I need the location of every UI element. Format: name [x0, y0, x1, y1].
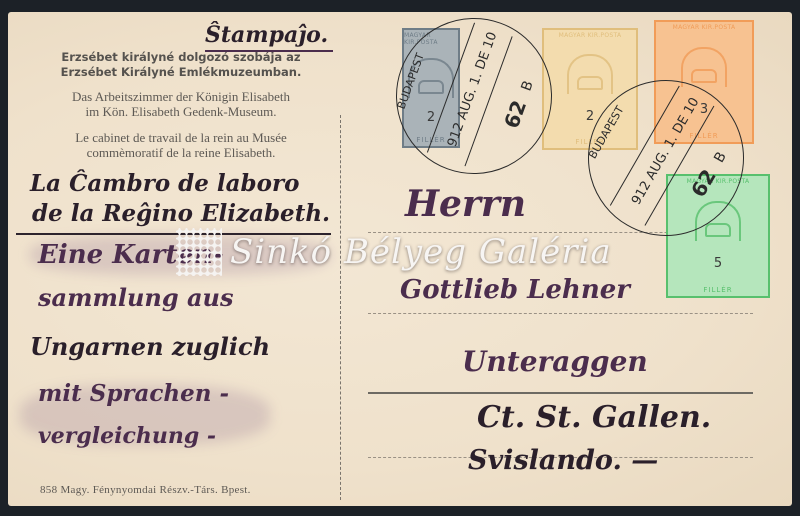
caption-line: Das Arbeitszimmer der Königin Elisabeth	[22, 89, 340, 104]
stamp-logo-icon	[176, 228, 222, 276]
caption-line: commèmoratif de la reine Elisabeth.	[22, 145, 340, 160]
message-line: mit Sprachen -	[38, 380, 229, 407]
address-line	[368, 392, 753, 394]
caption-french: Le cabinet de travail de la rein au Musé…	[22, 130, 340, 160]
caption-line: Erzsébet Királyné Emlékmuzeumban.	[22, 65, 340, 80]
postmark-letter: B	[711, 149, 730, 165]
stamp-label: MAGYAR KIR.POSTA	[673, 24, 736, 31]
caption-line: Erzsébet királyné dolgozó szobája az	[22, 50, 340, 65]
stamp-value: 2	[586, 110, 594, 123]
message-line: de la Reĝino Elizabeth.	[32, 200, 330, 227]
stamp-value: 5	[714, 257, 722, 270]
postmark-number: 62	[686, 165, 721, 201]
watermark: Sinkó Bélyeg Galéria	[176, 228, 612, 276]
watermark-text: Sinkó Bélyeg Galéria	[230, 232, 612, 272]
caption-line: im Kön. Elisabeth Gedenk-Museum.	[22, 104, 340, 119]
caption-line: Le cabinet de travail de la rein au Musé…	[22, 130, 340, 145]
address-street: Unteraggen	[462, 345, 648, 378]
handwritten-heading: Ŝtampaĵo.	[205, 22, 328, 48]
stamp-unit: FILLÉR	[703, 286, 732, 294]
address-city: Ct. St. Gallen.	[477, 400, 711, 435]
postmark-letter: B	[519, 79, 537, 94]
message-line: vergleichung -	[38, 423, 216, 449]
address-salutation: Herrn	[405, 183, 526, 225]
message-line: La Ĉambro de laboro	[30, 170, 299, 197]
heading-underline	[205, 50, 333, 52]
message-line: sammlung aus	[38, 283, 234, 312]
publisher-imprint: 858 Magy. Fénynyomdai Részv.-Társ. Bpest…	[40, 484, 251, 496]
address-name: Gottlieb Lehner	[400, 275, 630, 305]
message-address-divider	[340, 115, 341, 500]
crown-icon	[681, 47, 727, 87]
stamp-label: MAGYAR KIR.POSTA	[559, 32, 622, 39]
caption-german: Das Arbeitszimmer der Königin Elisabeth …	[22, 89, 340, 119]
address-country: Svislando. —	[468, 445, 658, 476]
message-line: Ungarnen zuglich	[30, 332, 270, 361]
postmark-number: 62	[499, 97, 531, 131]
address-line	[368, 313, 753, 314]
crown-icon	[567, 54, 613, 94]
caption-hungarian: Erzsébet királyné dolgozó szobája az Erz…	[22, 50, 340, 80]
